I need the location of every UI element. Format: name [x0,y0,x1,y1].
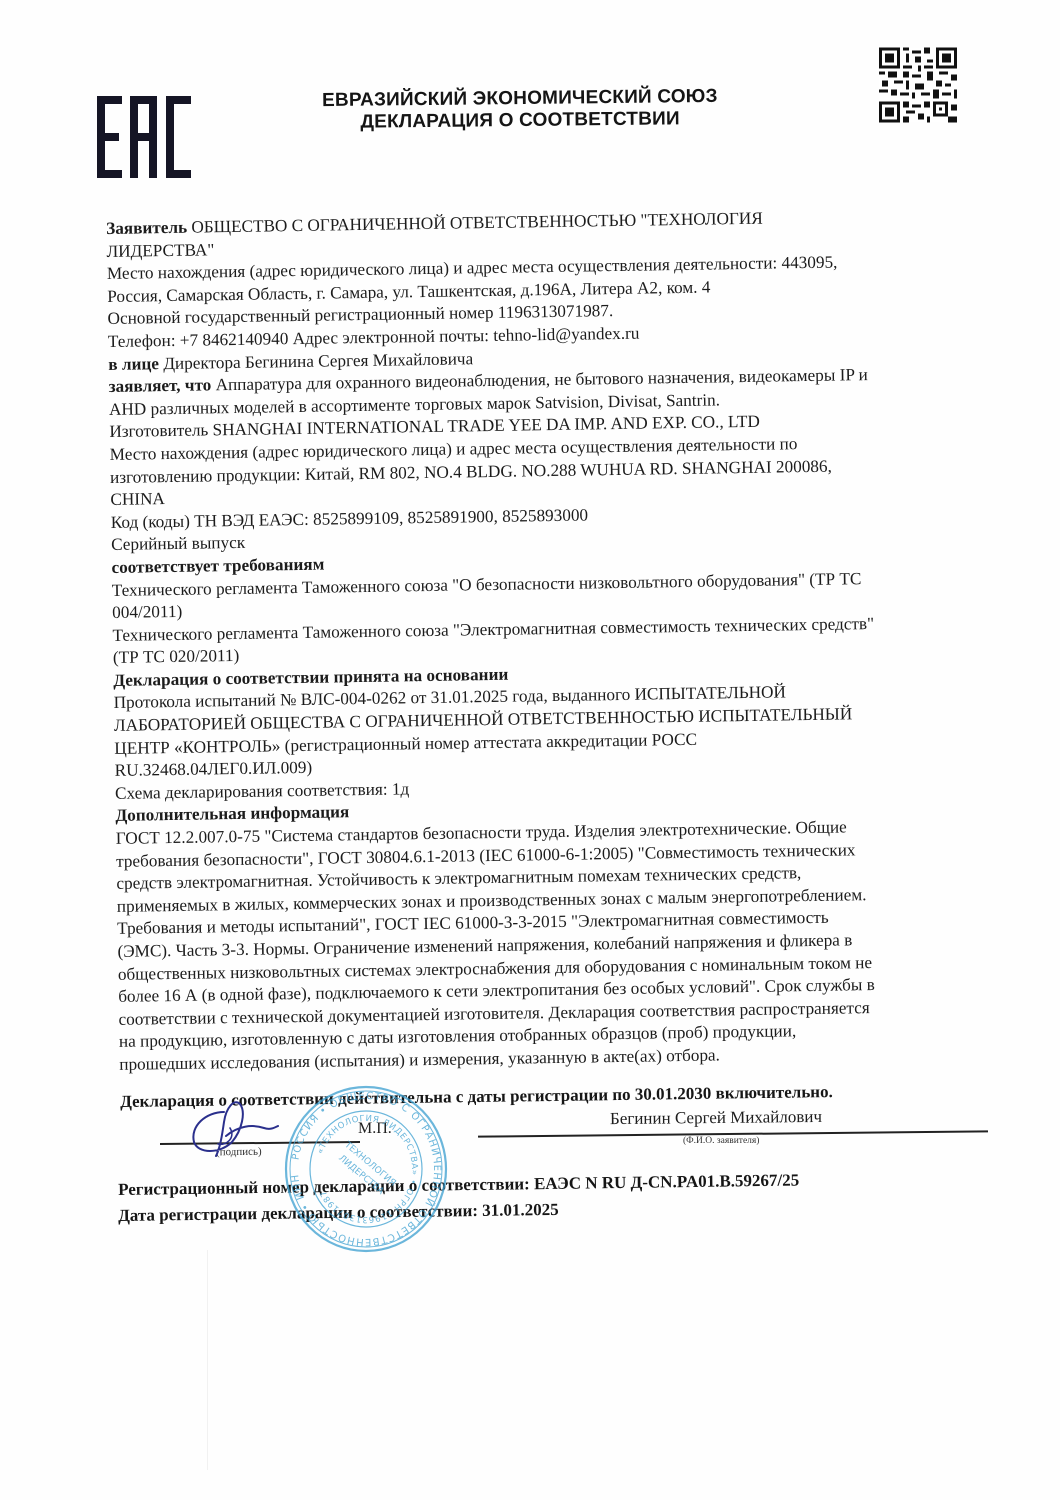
registration-date: Дата регистрации декларации о соответств… [118,1200,559,1226]
represented-by: Директора Бегинина Сергея Михайловича [159,349,473,373]
eac-logo-icon [97,96,193,178]
declares-label: заявляет, что [108,376,211,397]
signature-icon [186,1098,281,1158]
qr-code-icon[interactable] [879,47,957,123]
registration-number: Регистрационный номер декларации о соотв… [118,1170,799,1200]
represented-label: в лице [108,354,159,374]
applicant-name-caption: (Ф.И.О. заявителя) [683,1136,759,1146]
scan-artifact [207,1250,208,1470]
applicant-signatory-name: Бегинин Сергей Михайлович [610,1107,822,1129]
seal-label: М.П. [358,1120,392,1138]
applicant-label: Заявитель [106,218,187,238]
title-declaration: ДЕКЛАРАЦИЯ О СООТВЕТСТВИИ [300,108,740,135]
declaration-body: Заявитель ОБЩЕСТВО С ОГРАНИЧЕННОЙ ОТВЕТС… [106,204,999,1076]
document-title: ЕВРАЗИЙСКИЙ ЭКОНОМИЧЕСКИЙ СОЮЗ ДЕКЛАРАЦИ… [300,86,740,135]
declaration-page: ЕВРАЗИЙСКИЙ ЭКОНОМИЧЕСКИЙ СОЮЗ ДЕКЛАРАЦИ… [0,0,1060,1500]
